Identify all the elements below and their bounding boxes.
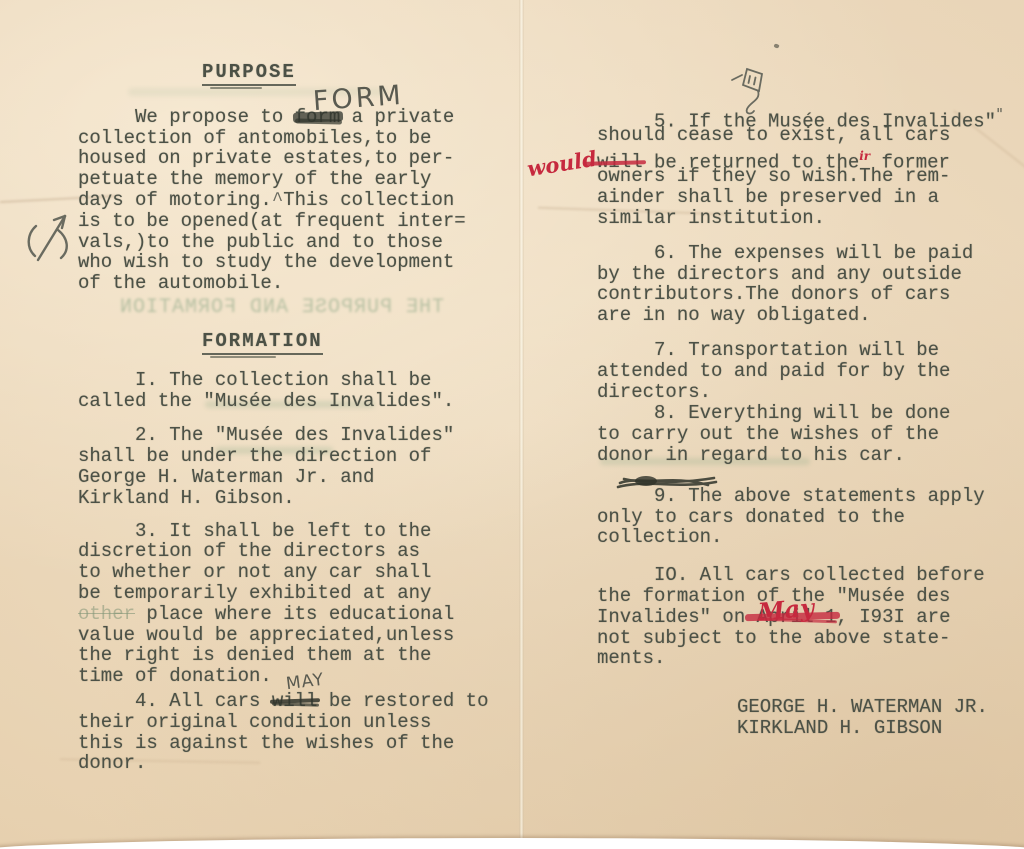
text-line: to carry out the wishes of the [597, 424, 1017, 445]
struck-word-form: form [295, 106, 341, 128]
annotated-text: MAYwill [272, 691, 318, 712]
text-line: attended to and paid for by the [597, 361, 1017, 382]
text-line: donor in regard to his car. [597, 445, 1017, 466]
annotated-text: MayApril 1 [757, 607, 837, 628]
text-line: vals,)to the public and to those [78, 232, 518, 253]
text-line: 6. The expenses will be paid [597, 243, 1017, 264]
text-line: ments. [597, 648, 1017, 669]
erased-word-other: other [78, 603, 135, 625]
text-line: is to be opened(at frequent inter= [78, 211, 518, 232]
text-line: 8. Everything will be done [597, 403, 1017, 424]
text-line: are in no way obligated. [597, 305, 1017, 326]
text-line: other place where its educational [78, 604, 518, 625]
signature-block: GEORGE H. WATERMAN JR.KIRKLAND H. GIBSON [737, 697, 1017, 739]
text-line: days of motoring.^This collection [78, 190, 518, 211]
text-line: 3. It shall be left to the [78, 521, 518, 542]
text-line: Kirkland H. Gibson. [78, 488, 518, 509]
paragraph-purpose: We propose to FORMform a privatecollecti… [78, 107, 518, 294]
paragraph-2: 2. The "Musée des Invalides"shall be und… [78, 425, 518, 508]
text-line: We propose to FORMform a private [78, 107, 518, 128]
text-line: their original condition unless [78, 712, 518, 733]
text-line: shall be under the direction of [78, 446, 518, 467]
text-line: KIRKLAND H. GIBSON [737, 718, 1017, 739]
text-line: similar institution. [597, 208, 1017, 229]
text-line: collection. [597, 527, 1017, 548]
paragraph-7: 7. Transportation will beattended to and… [597, 340, 1017, 402]
text-line: the formation of the "Musée des [597, 586, 1017, 607]
text-line: housed on private estates,to per- [78, 148, 518, 169]
annotated-text: wouldwill [597, 152, 643, 173]
center-fold-crease [519, 0, 524, 849]
paragraph-10: IO. All cars collected beforethe formati… [597, 565, 1017, 669]
text-line: this is against the wishes of the [78, 733, 518, 754]
quote-insertion-mark [728, 64, 776, 120]
text-line: 2. The "Musée des Invalides" [78, 425, 518, 446]
struck-word-will-red: will [597, 151, 643, 173]
text-line: be temporarily exhibited at any [78, 583, 518, 604]
text-line: called the "Musée des Invalides". [78, 391, 518, 412]
text-line: time of donation. [78, 666, 518, 687]
text-line: petuate the memory of the early [78, 169, 518, 190]
text-line: collection of antomobiles,to be [78, 128, 518, 149]
heading-purpose: PURPOSE [78, 62, 518, 86]
paragraph-3: 3. It shall be left to thediscretion of … [78, 521, 518, 687]
text-line: directors. [597, 382, 1017, 403]
text-line: ainder shall be preserved in a [597, 187, 1017, 208]
struck-word-will: will [272, 690, 318, 712]
text-line: not subject to the above state- [597, 628, 1017, 649]
paragraph-4: 4. All cars MAYwill be restored totheir … [78, 691, 518, 774]
text-line: wouldwill be returned to their former [597, 146, 1017, 167]
text-line: contributors.The donors of cars [597, 284, 1017, 305]
paragraph-5: 5. If the Musée des Invalides""should ce… [597, 104, 1017, 229]
heading-formation: FORMATION [78, 331, 518, 355]
struck-date-april: April 1 [757, 606, 837, 628]
text-line: owners if they so wish.The rem- [597, 166, 1017, 187]
text-line: Invalides" on MayApril 1, I93I are [597, 607, 1017, 628]
text-line: to whether or not any car shall [78, 562, 518, 583]
pencil-caret-mark: ^ [272, 189, 283, 211]
left-page: PURPOSE We propose to FORMform a private… [78, 62, 518, 774]
text-line: GEORGE H. WATERMAN JR. [737, 697, 1017, 718]
text-line: 4. All cars MAYwill be restored to [78, 691, 518, 712]
text-line: discretion of the directors as [78, 541, 518, 562]
heading-purpose-text: PURPOSE [202, 62, 296, 86]
text-line: George H. Waterman Jr. and [78, 467, 518, 488]
scanned-document-page: THE PURPOSE AND FORMATION [0, 0, 1024, 849]
paper-bottom-edge [0, 838, 1024, 849]
text-line: 7. Transportation will be [597, 340, 1017, 361]
text-line: by the directors and any outside [597, 264, 1017, 285]
heading-formation-text: FORMATION [202, 331, 323, 355]
text-line: of the automobile. [78, 273, 518, 294]
annotated-text: FORMform [295, 107, 341, 128]
text-line: the right is denied them at the [78, 645, 518, 666]
red-insertion-ir: ir [859, 149, 870, 163]
text-line: I. The collection shall be [78, 370, 518, 391]
text-line: only to cars donated to the [597, 507, 1017, 528]
pencil-arrow-doodle [18, 204, 82, 270]
paragraph-1: I. The collection shall becalled the "Mu… [78, 370, 518, 412]
text-line: 5. If the Musée des Invalides"" [597, 104, 1017, 125]
text-line: who wish to study the development [78, 252, 518, 273]
paragraph-8: 8. Everything will be doneto carry out t… [597, 403, 1017, 465]
pencil-speck [773, 43, 779, 49]
text-line: value would be appreciated,unless [78, 625, 518, 646]
text-line: donor. [78, 753, 518, 774]
ink-scribble-mark [616, 470, 720, 494]
paragraph-9: 9. The above statements applyonly to car… [597, 486, 1017, 548]
paragraph-6: 6. The expenses will be paidby the direc… [597, 243, 1017, 326]
right-page: 5. If the Musée des Invalides""should ce… [597, 104, 1017, 739]
text-line: IO. All cars collected before [597, 565, 1017, 586]
pencil-quote-mark: " [996, 105, 1004, 123]
